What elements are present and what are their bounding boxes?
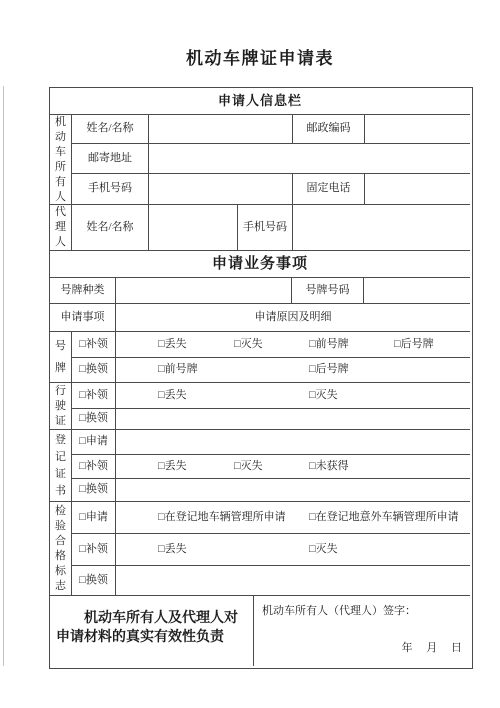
fixed-phone-label: 固定电话 xyxy=(293,174,365,205)
agent-mobile-label: 手机号码 xyxy=(238,205,293,251)
agent-mobile-input[interactable] xyxy=(293,205,470,251)
registration-reissue-options: □丢失 □灭失 □未获得 xyxy=(116,455,470,479)
inspection-mark-vertical-text: 检验合格标志 xyxy=(55,504,67,594)
agent-vertical-text: 代理人 xyxy=(55,205,67,250)
license-renew-empty-area xyxy=(116,409,470,430)
plate-number-input[interactable] xyxy=(364,278,470,304)
applicant-info-header: 申请人信息栏 xyxy=(50,88,470,115)
mailing-address-label: 邮寄地址 xyxy=(72,144,149,174)
owner-mobile-label: 手机号码 xyxy=(72,174,149,205)
plate-renew-checkbox[interactable]: □换领 xyxy=(72,358,116,383)
registration-renew-empty-area xyxy=(116,479,470,502)
license-reissue-options: □丢失 □灭失 xyxy=(116,383,470,409)
registration-reissue-not-obtained-checkbox[interactable]: □未获得 xyxy=(309,460,349,474)
plate-type-input[interactable] xyxy=(116,278,292,304)
registration-cert-vertical-text: 登记证书 xyxy=(55,432,67,500)
plate-reissue-rear-plate-checkbox[interactable]: □后号牌 xyxy=(394,338,434,352)
plate-number-label: 号牌号码 xyxy=(292,278,364,304)
registration-apply-checkbox[interactable]: □申请 xyxy=(72,430,116,455)
mailing-address-input[interactable] xyxy=(149,144,470,174)
registration-reissue-checkbox[interactable]: □补领 xyxy=(72,455,116,479)
plate-renew-options: □前号牌 □后号牌 xyxy=(116,358,470,383)
inspection-reissue-destroyed-checkbox[interactable]: □灭失 xyxy=(309,543,338,557)
inspection-apply-at-registration-office-checkbox[interactable]: □在登记地车辆管理所申请 xyxy=(158,511,286,525)
month-label: 月 xyxy=(426,642,437,654)
license-reissue-destroyed-checkbox[interactable]: □灭失 xyxy=(309,389,338,403)
section-label-driving-license: 行驶证 xyxy=(50,383,72,430)
inspection-renew-checkbox[interactable]: □换领 xyxy=(72,566,116,596)
day-label: 日 xyxy=(451,642,462,654)
inspection-apply-checkbox[interactable]: □申请 xyxy=(72,502,116,534)
application-item-label: 申请事项 xyxy=(50,304,116,332)
plate-reissue-options: □丢失 □灭失 □前号牌 □后号牌 xyxy=(116,332,470,358)
agent-name-input[interactable] xyxy=(149,205,238,251)
inspection-reissue-checkbox[interactable]: □补领 xyxy=(72,534,116,566)
scan-edge-artifact xyxy=(3,86,4,666)
section-label-inspection-mark: 检验合格标志 xyxy=(50,502,72,596)
plate-renew-rear-plate-checkbox[interactable]: □后号牌 xyxy=(309,363,349,377)
driving-license-vertical-text: 行驶证 xyxy=(55,384,67,429)
plate-reissue-lost-checkbox[interactable]: □丢失 xyxy=(158,338,187,352)
declaration-text: 机动车所有人及代理人对申请材料的真实有效性负责 xyxy=(50,596,254,666)
inspection-reissue-lost-checkbox[interactable]: □丢失 xyxy=(158,543,187,557)
business-items-header: 申请业务事项 xyxy=(50,251,470,278)
plate-reissue-destroyed-checkbox[interactable]: □灭失 xyxy=(234,338,263,352)
section-label-owner: 机动车所有人 xyxy=(50,115,72,205)
owner-name-label: 姓名/名称 xyxy=(72,115,149,144)
date-line: 年 月 日 xyxy=(402,642,463,656)
year-label: 年 xyxy=(402,642,413,654)
owner-vertical-text: 机动车所有人 xyxy=(55,115,67,205)
plate-reissue-front-plate-checkbox[interactable]: □前号牌 xyxy=(309,338,349,352)
inspection-apply-outside-registration-office-checkbox[interactable]: □在登记地意外车辆管理所申请 xyxy=(309,511,459,525)
postal-code-input[interactable] xyxy=(365,115,470,144)
plate-vertical-text: 号牌 xyxy=(55,335,67,379)
signature-label: 机动车所有人（代理人）签字： xyxy=(262,605,416,619)
inspection-apply-options: □在登记地车辆管理所申请 □在登记地意外车辆管理所申请 xyxy=(116,502,470,534)
section-label-plate: 号牌 xyxy=(50,332,72,383)
application-reason-label: 申请原因及明细 xyxy=(116,304,470,332)
owner-name-input[interactable] xyxy=(149,115,293,144)
signature-area[interactable]: 机动车所有人（代理人）签字： 年 月 日 xyxy=(254,596,470,666)
section-label-registration-cert: 登记证书 xyxy=(50,430,72,502)
registration-reissue-destroyed-checkbox[interactable]: □灭失 xyxy=(234,460,263,474)
section-label-agent: 代理人 xyxy=(50,205,72,251)
inspection-reissue-options: □丢失 □灭失 xyxy=(116,534,470,566)
owner-mobile-input[interactable] xyxy=(149,174,293,205)
form-title: 机动车牌证申请表 xyxy=(49,44,471,69)
registration-renew-checkbox[interactable]: □换领 xyxy=(72,479,116,502)
license-renew-checkbox[interactable]: □换领 xyxy=(72,409,116,430)
fixed-phone-input[interactable] xyxy=(365,174,470,205)
registration-reissue-lost-checkbox[interactable]: □丢失 xyxy=(158,460,187,474)
plate-renew-front-plate-checkbox[interactable]: □前号牌 xyxy=(158,363,198,377)
agent-name-label: 姓名/名称 xyxy=(72,205,149,251)
plate-reissue-checkbox[interactable]: □补领 xyxy=(72,332,116,358)
license-reissue-checkbox[interactable]: □补领 xyxy=(72,383,116,409)
postal-code-label: 邮政编码 xyxy=(293,115,365,144)
application-form-table: 申请人信息栏 机动车所有人 姓名/名称 邮政编码 邮寄地址 手机号码 固定电话 … xyxy=(49,87,473,669)
license-reissue-lost-checkbox[interactable]: □丢失 xyxy=(158,389,187,403)
plate-type-label: 号牌种类 xyxy=(50,278,116,304)
registration-apply-empty-area xyxy=(116,430,470,455)
application-form-page: 机动车牌证申请表 申请人信息栏 机动车所有人 姓名/名称 邮政编码 邮寄地址 手… xyxy=(0,0,500,708)
inspection-renew-empty-area xyxy=(116,566,470,596)
